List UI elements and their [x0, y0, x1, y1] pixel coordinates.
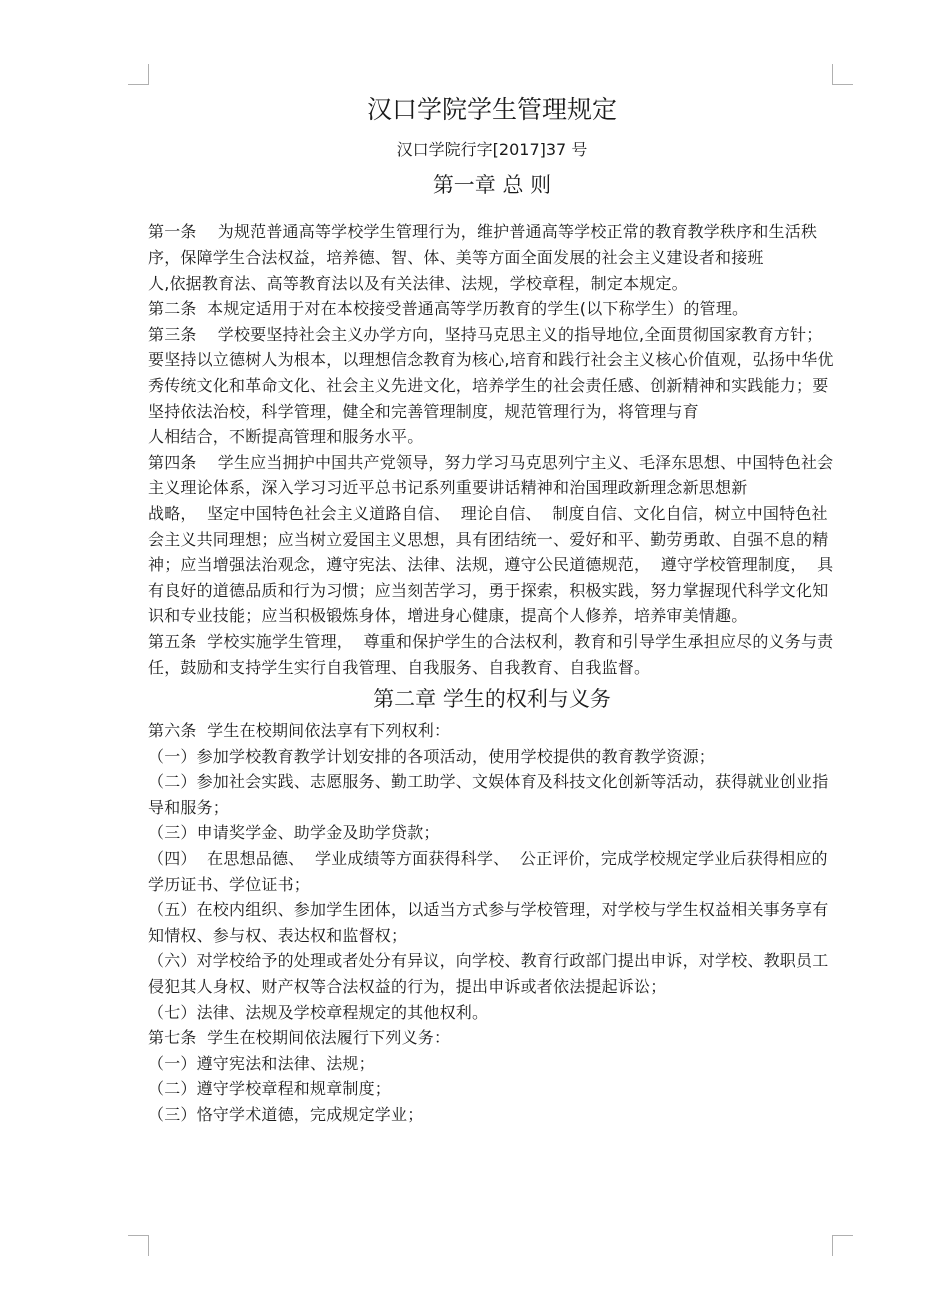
document-page: 汉口学院学生管理规定 汉口学院行字[2017]37 号 第一章 总 则 第一条 … — [148, 90, 836, 1128]
article-7: 第七条 学生在校期间依法履行下列义务： — [148, 1025, 836, 1051]
document-title: 汉口学院学生管理规定 — [148, 90, 836, 130]
chapter-1: 第一章 总 则 第一条 为规范普通高等学校学生管理行为，维护普通高等学校正常的教… — [148, 168, 836, 680]
list-item: （一）参加学校教育教学计划安排的各项活动，使用学校提供的教育教学资源； — [148, 744, 836, 770]
list-item: （二）参加社会实践、志愿服务、勤工助学、文娱体育及科技文化创新等活动，获得就业创… — [148, 769, 836, 820]
article-4-part-1: 第四条 学生应当拥护中国共产党领导，努力学习马克思列宁主义、毛泽东思想、中国特色… — [148, 450, 836, 501]
article-3-part-2: 人相结合，不断提高管理和服务水平。 — [148, 424, 836, 450]
list-item: （四） 在思想品德、 学业成绩等方面获得科学、 公正评价，完成学校规定学业后获得… — [148, 846, 836, 897]
page-corner-mark-top-left — [128, 64, 149, 85]
chapter-heading: 第一章 总 则 — [148, 168, 836, 202]
chapter-2: 第二章 学生的权利与义务 第六条 学生在校期间依法享有下列权利： （一）参加学校… — [148, 682, 836, 1128]
list-item: （三）恪守学术道德，完成规定学业； — [148, 1102, 836, 1128]
page-corner-mark-bottom-left — [128, 1235, 149, 1256]
list-item: （五）在校内组织、参加学生团体，以适当方式参与学校管理，对学校与学生权益相关事务… — [148, 897, 836, 948]
article-4-part-2: 战略， 坚定中国特色社会主义道路自信、 理论自信、 制度自信、文化自信，树立中国… — [148, 501, 836, 629]
page-corner-mark-top-right — [832, 64, 853, 85]
list-item: （六）对学校给予的处理或者处分有异议，向学校、教育行政部门提出申诉，对学校、教职… — [148, 948, 836, 999]
chapter-heading: 第二章 学生的权利与义务 — [148, 682, 836, 716]
article-5: 第五条 学校实施学生管理， 尊重和保护学生的合法权利，教育和引导学生承担应尽的义… — [148, 629, 836, 680]
list-item: （一）遵守宪法和法律、法规； — [148, 1051, 836, 1077]
page-corner-mark-bottom-right — [832, 1235, 853, 1256]
document-number: 汉口学院行字[2017]37 号 — [148, 138, 836, 162]
article-1-part-1: 第一条 为规范普通高等学校学生管理行为，维护普通高等学校正常的教育教学秩序和生活… — [148, 219, 836, 270]
article-3-part-1: 第三条 学校要坚持社会主义办学方向，坚持马克思主义的指导地位,全面贯彻国家教育方… — [148, 322, 836, 424]
article-6: 第六条 学生在校期间依法享有下列权利： — [148, 718, 836, 744]
list-item: （三）申请奖学金、助学金及助学贷款； — [148, 820, 836, 846]
article-2: 第二条 本规定适用于对在本校接受普通高等学历教育的学生(以下称学生）的管理。 — [148, 296, 836, 322]
list-item: （二）遵守学校章程和规章制度； — [148, 1076, 836, 1102]
list-item: （七）法律、法规及学校章程规定的其他权利。 — [148, 1000, 836, 1026]
article-1-part-2: 人,依据教育法、高等教育法以及有关法律、法规，学校章程，制定本规定。 — [148, 271, 836, 297]
